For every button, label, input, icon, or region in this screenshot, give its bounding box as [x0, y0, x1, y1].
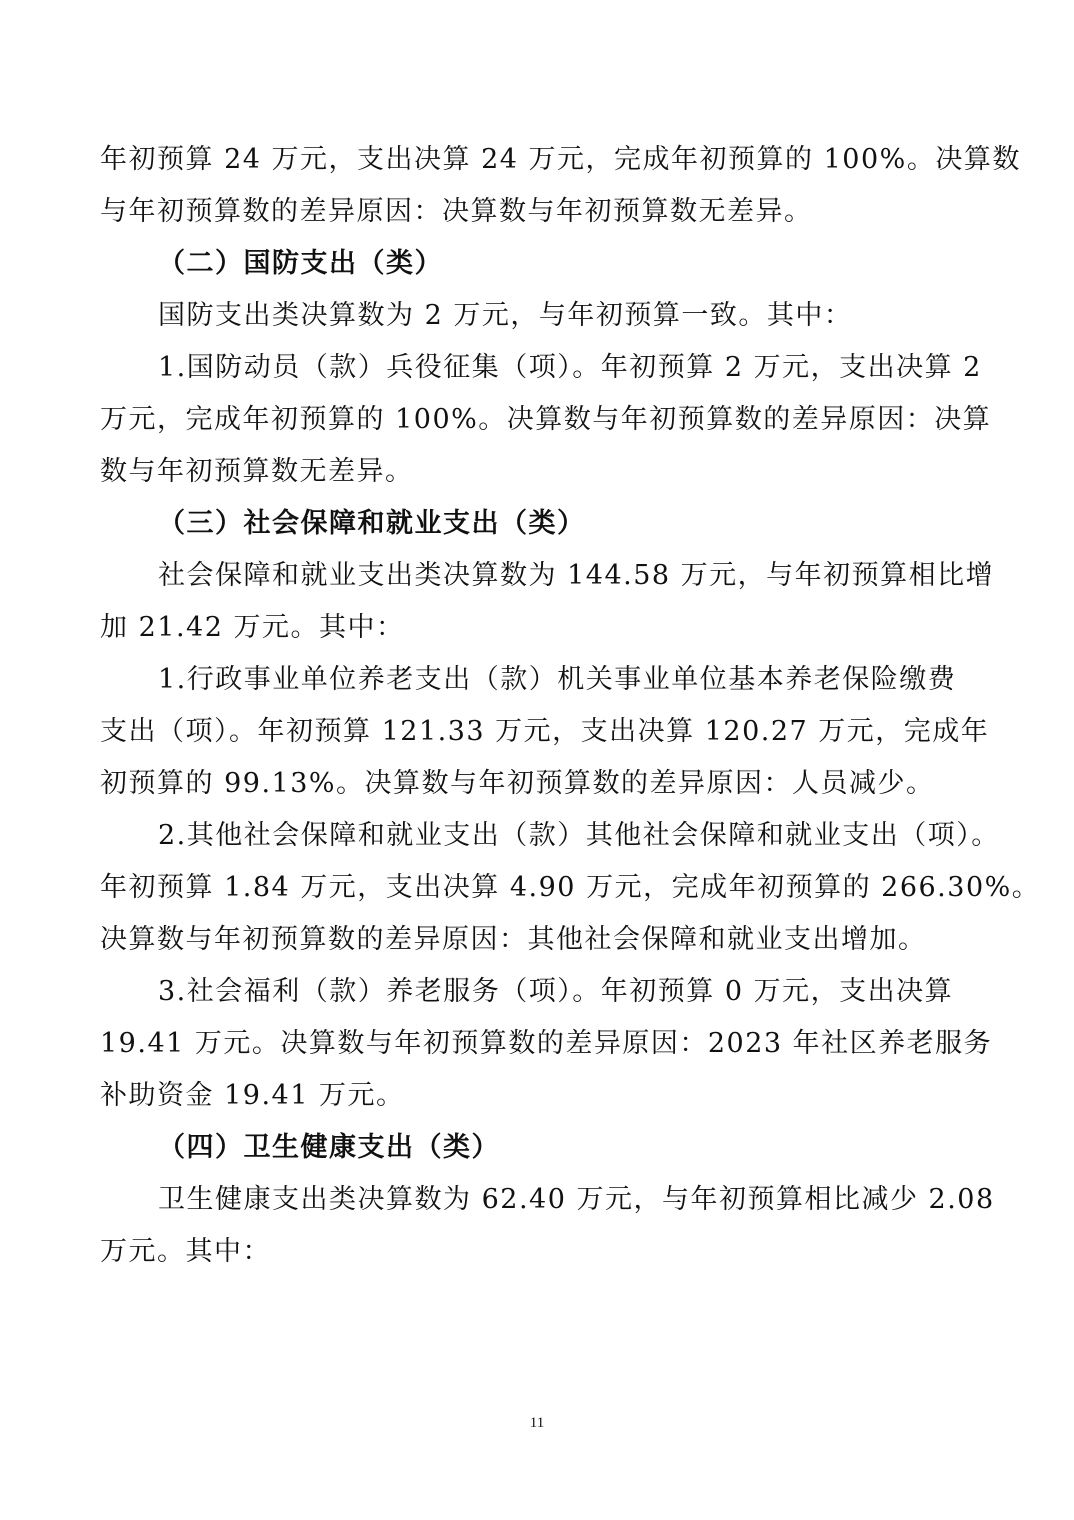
paragraph-line: 加 21.42 万元。其中：: [100, 608, 980, 648]
paragraph-line: 社会保障和就业支出类决算数为 144.58 万元，与年初预算相比增: [158, 556, 1038, 596]
document-page: 年初预算 24 万元，支出决算 24 万元，完成年初预算的 100%。决算数 与…: [0, 0, 1074, 1520]
paragraph-line: 万元，完成年初预算的 100%。决算数与年初预算数的差异原因：决算: [100, 400, 980, 440]
section-heading-health: （四）卫生健康支出（类）: [158, 1128, 1038, 1168]
paragraph-line: 1.国防动员（款）兵役征集（项）。年初预算 2 万元，支出决算 2: [158, 348, 1038, 388]
section-heading-social-security: （三）社会保障和就业支出（类）: [158, 504, 1038, 544]
paragraph-line: 年初预算 1.84 万元，支出决算 4.90 万元，完成年初预算的 266.30…: [100, 868, 980, 908]
paragraph-line: 万元。其中：: [100, 1232, 980, 1272]
paragraph-line: 决算数与年初预算数的差异原因：其他社会保障和就业支出增加。: [100, 920, 980, 960]
paragraph-line: 支出（项）。年初预算 121.33 万元，支出决算 120.27 万元，完成年: [100, 712, 980, 752]
paragraph-line: 初预算的 99.13%。决算数与年初预算数的差异原因：人员减少。: [100, 764, 980, 804]
paragraph-line: 年初预算 24 万元，支出决算 24 万元，完成年初预算的 100%。决算数: [100, 140, 980, 180]
paragraph-line: 补助资金 19.41 万元。: [100, 1076, 980, 1116]
section-heading-defense: （二）国防支出（类）: [158, 244, 1038, 284]
paragraph-line: 卫生健康支出类决算数为 62.40 万元，与年初预算相比减少 2.08: [158, 1180, 1038, 1220]
paragraph-line: 2.其他社会保障和就业支出（款）其他社会保障和就业支出（项）。: [158, 816, 1038, 856]
paragraph-line: 与年初预算数的差异原因：决算数与年初预算数无差异。: [100, 192, 980, 232]
paragraph-line: 19.41 万元。决算数与年初预算数的差异原因：2023 年社区养老服务: [100, 1024, 980, 1064]
paragraph-line: 3.社会福利（款）养老服务（项）。年初预算 0 万元，支出决算: [158, 972, 1038, 1012]
paragraph-line: 国防支出类决算数为 2 万元，与年初预算一致。其中：: [158, 296, 1038, 336]
paragraph-line: 1.行政事业单位养老支出（款）机关事业单位基本养老保险缴费: [158, 660, 1038, 700]
page-number: 11: [0, 1415, 1074, 1432]
paragraph-line: 数与年初预算数无差异。: [100, 452, 980, 492]
